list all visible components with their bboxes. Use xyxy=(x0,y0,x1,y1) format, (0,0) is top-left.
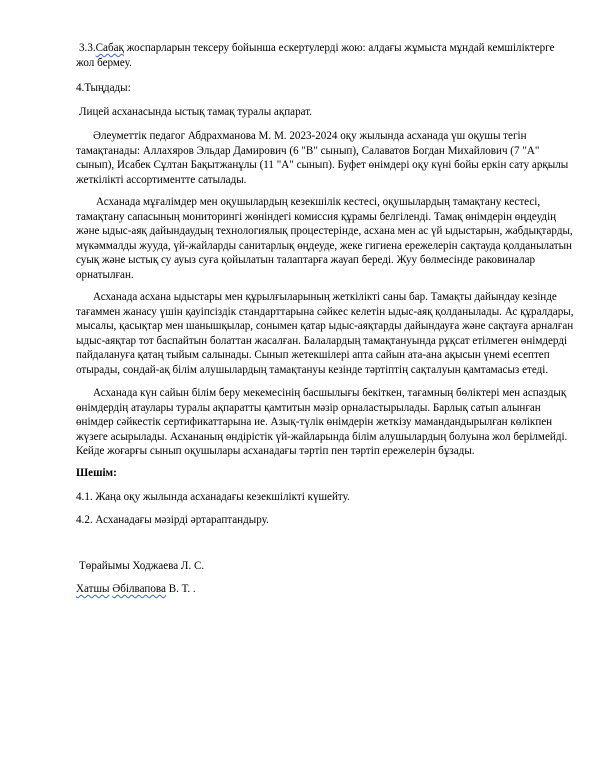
paragraph-canteen-schedule: Асханада мұғалімдер мен оқушылардың кезе… xyxy=(76,195,573,283)
topic-line: Лицей асханасында ыстық тамақ туралы ақп… xyxy=(76,105,312,120)
item-3-3-line2: жол бермеу. xyxy=(76,56,132,71)
item-3-3: 3.3.Сабақ жоспарларын тексеру бойынша ес… xyxy=(76,41,555,56)
secretary-signature: Хатшы Әбілвапова В. Т. . xyxy=(76,582,196,597)
spellcheck-flagged-word[interactable]: Хатшы xyxy=(76,583,110,595)
decision-heading: Шешім: xyxy=(76,466,117,481)
paragraph-social-pedagog: Әлеуметтік педагог Абдрахманова М. М. 20… xyxy=(76,129,568,187)
chair-signature: Төрайымы Ходжаева Л. С. xyxy=(76,559,204,574)
decision-item-1: 4.1. Жаңа оқу жылында асханадағы кезекші… xyxy=(76,490,350,505)
paragraph-canteen-dishes: Асханада асхана ыдыстары мен құрылғылары… xyxy=(76,290,574,378)
decision-item-2: 4.2. Асханадағы мәзірді әртараптандыру. xyxy=(76,513,269,528)
paragraph-canteen-menu: Асханада күн сайын білім беру мекемесіні… xyxy=(76,386,567,459)
section-4-heading: 4.Тыңдады: xyxy=(76,81,131,96)
item-3-3-number: 3.3. xyxy=(79,42,96,54)
spellcheck-flagged-word[interactable]: Сабақ xyxy=(96,42,124,54)
spellcheck-flagged-word[interactable]: Әбілвапова xyxy=(112,583,166,595)
